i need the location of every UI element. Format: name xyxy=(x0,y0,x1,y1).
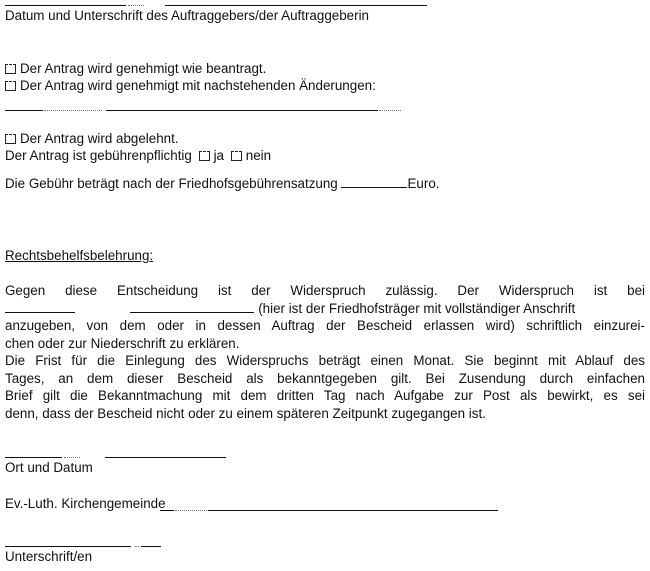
checkbox-icon[interactable] xyxy=(5,64,16,74)
date-signature-dots xyxy=(128,5,144,6)
legal-line-6: Tages, an dem dieser Bescheid als bekann… xyxy=(5,370,645,388)
fee-amount-suffix: Euro. xyxy=(407,176,439,191)
legal-line-1: Gegen diese Entscheidung ist der Widersp… xyxy=(5,282,645,300)
place-date-line-right[interactable] xyxy=(105,457,226,458)
signatures-line-left[interactable] xyxy=(5,546,131,547)
fee-yes-label: ja xyxy=(214,148,224,163)
date-signature-line-left[interactable] xyxy=(5,5,126,6)
changes-dots xyxy=(44,110,102,111)
fee-question-label: Der Antrag ist gebührenpflichtig xyxy=(5,148,192,163)
checkbox-icon[interactable] xyxy=(231,151,242,161)
fee-amount: Die Gebühr beträgt nach der Friedhofsgeb… xyxy=(5,176,440,192)
checkbox-icon[interactable] xyxy=(5,81,16,91)
changes-line-main[interactable] xyxy=(106,110,378,111)
legal-notice-heading: Rechtsbehelfsbelehrung: xyxy=(5,248,153,264)
option-approved-changes[interactable]: Der Antrag wird genehmigt mit nachstehen… xyxy=(5,78,376,94)
option-approved-label: Der Antrag wird genehmigt wie beantragt. xyxy=(20,61,266,76)
option-approved[interactable]: Der Antrag wird genehmigt wie beantragt. xyxy=(5,61,266,77)
changes-dots-end xyxy=(379,110,401,111)
legal-line-8: denn, dass der Bescheid nicht oder zu ei… xyxy=(5,405,645,423)
changes-line-left[interactable] xyxy=(5,110,43,111)
fee-question: Der Antrag ist gebührenpflichtig ja nein xyxy=(5,148,271,164)
signatures-dots xyxy=(135,546,139,547)
legal-line-2-suffix: (hier ist der Friedhofsträger mit vollst… xyxy=(258,301,575,316)
authority-field-right[interactable] xyxy=(130,301,254,313)
legal-line-7: Brief gilt die Bekanntmachung mit dem dr… xyxy=(5,387,645,405)
legal-line-2: (hier ist der Friedhofsträger mit vollst… xyxy=(5,300,645,318)
fee-amount-prefix: Die Gebühr beträgt nach der Friedhofsgeb… xyxy=(5,176,338,191)
fee-no-label: nein xyxy=(246,148,271,163)
place-date-dots xyxy=(64,457,80,458)
authority-field-left[interactable] xyxy=(5,301,75,313)
option-rejected-label: Der Antrag wird abgelehnt. xyxy=(20,131,179,146)
legal-line-5: Die Frist für die Einlegung des Widerspr… xyxy=(5,352,645,370)
place-date-line-left[interactable] xyxy=(5,457,62,458)
date-signature-line-right[interactable] xyxy=(165,5,427,6)
option-rejected[interactable]: Der Antrag wird abgelehnt. xyxy=(5,131,179,147)
checkbox-icon[interactable] xyxy=(5,134,16,144)
checkbox-icon[interactable] xyxy=(199,151,210,161)
signatures-label: Unterschrift/en xyxy=(5,549,92,565)
parish-line-short[interactable] xyxy=(160,510,174,511)
place-date-label: Ort und Datum xyxy=(5,460,93,476)
parish-line-main[interactable] xyxy=(208,510,498,511)
legal-line-3: anzugeben, von dem oder in dessen Auftra… xyxy=(5,317,645,335)
option-approved-changes-label: Der Antrag wird genehmigt mit nachstehen… xyxy=(20,78,376,93)
legal-notice-text: Gegen diese Entscheidung ist der Widersp… xyxy=(5,282,645,422)
parish-label: Ev.-Luth. Kirchengemeinde xyxy=(5,496,166,512)
parish-dots xyxy=(175,510,207,511)
fee-amount-field[interactable] xyxy=(341,176,407,188)
legal-line-4: chen oder zur Niederschrift zu erklären. xyxy=(5,335,645,353)
signature-label: Datum und Unterschrift des Auftraggebers… xyxy=(5,8,369,24)
signatures-line-right[interactable] xyxy=(141,546,161,547)
